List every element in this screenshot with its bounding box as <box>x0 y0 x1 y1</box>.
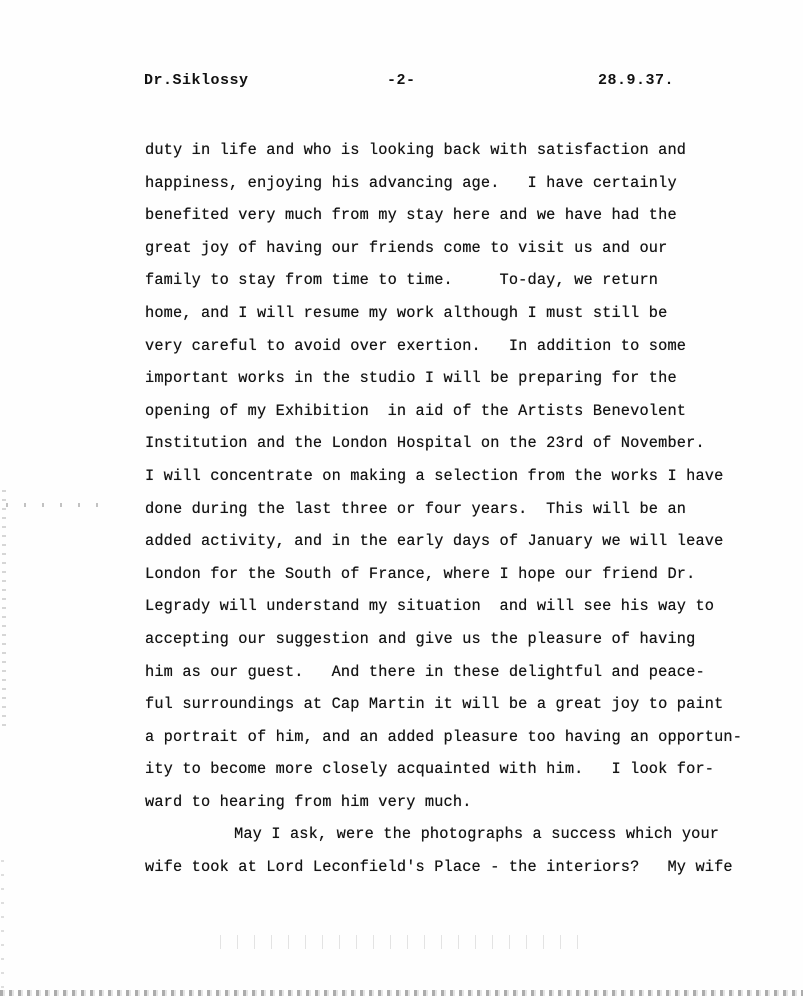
text-line: I will concentrate on making a selection… <box>145 466 785 499</box>
text-line: done during the last three or four years… <box>145 499 785 532</box>
text-line: ward to hearing from him very much. <box>145 792 785 825</box>
scan-noise-left-margin <box>2 490 6 730</box>
text-line: him as our guest. And there in these del… <box>145 662 785 695</box>
scan-noise-bottom <box>220 935 580 949</box>
text-line: very careful to avoid over exertion. In … <box>145 336 785 369</box>
text-line: added activity, and in the early days of… <box>145 531 785 564</box>
text-line: ful surroundings at Cap Martin it will b… <box>145 694 785 727</box>
text-line: wife took at Lord Leconfield's Place - t… <box>145 857 785 890</box>
page-number: -2- <box>387 72 416 89</box>
recipient-name: Dr.Siklossy <box>144 72 249 89</box>
text-line: great joy of having our friends come to … <box>145 238 785 271</box>
text-line: home, and I will resume my work although… <box>145 303 785 336</box>
text-line: Institution and the London Hospital on t… <box>145 433 785 466</box>
text-line: a portrait of him, and an added pleasure… <box>145 727 785 760</box>
text-line: opening of my Exhibition in aid of the A… <box>145 401 785 434</box>
text-line: family to stay from time to time. To-day… <box>145 270 785 303</box>
text-line: ity to become more closely acquainted wi… <box>145 759 785 792</box>
scan-noise-dots <box>6 503 106 507</box>
text-line: London for the South of France, where I … <box>145 564 785 597</box>
letter-date: 28.9.37. <box>598 72 674 89</box>
paragraph-start-line: May I ask, were the photographs a succes… <box>145 824 785 857</box>
scanned-letter-page: Dr.Siklossy -2- 28.9.37. duty in life an… <box>0 0 803 1000</box>
text-line: benefited very much from my stay here an… <box>145 205 785 238</box>
letter-header: Dr.Siklossy -2- 28.9.37. <box>144 72 674 96</box>
scan-bottom-edge <box>0 990 803 996</box>
text-line: important works in the studio I will be … <box>145 368 785 401</box>
scan-noise-left-margin-lower <box>1 860 4 990</box>
text-line: happiness, enjoying his advancing age. I… <box>145 173 785 206</box>
text-line: Legrady will understand my situation and… <box>145 596 785 629</box>
letter-body: duty in life and who is looking back wit… <box>145 140 785 890</box>
text-line: duty in life and who is looking back wit… <box>145 140 785 173</box>
text-line: accepting our suggestion and give us the… <box>145 629 785 662</box>
